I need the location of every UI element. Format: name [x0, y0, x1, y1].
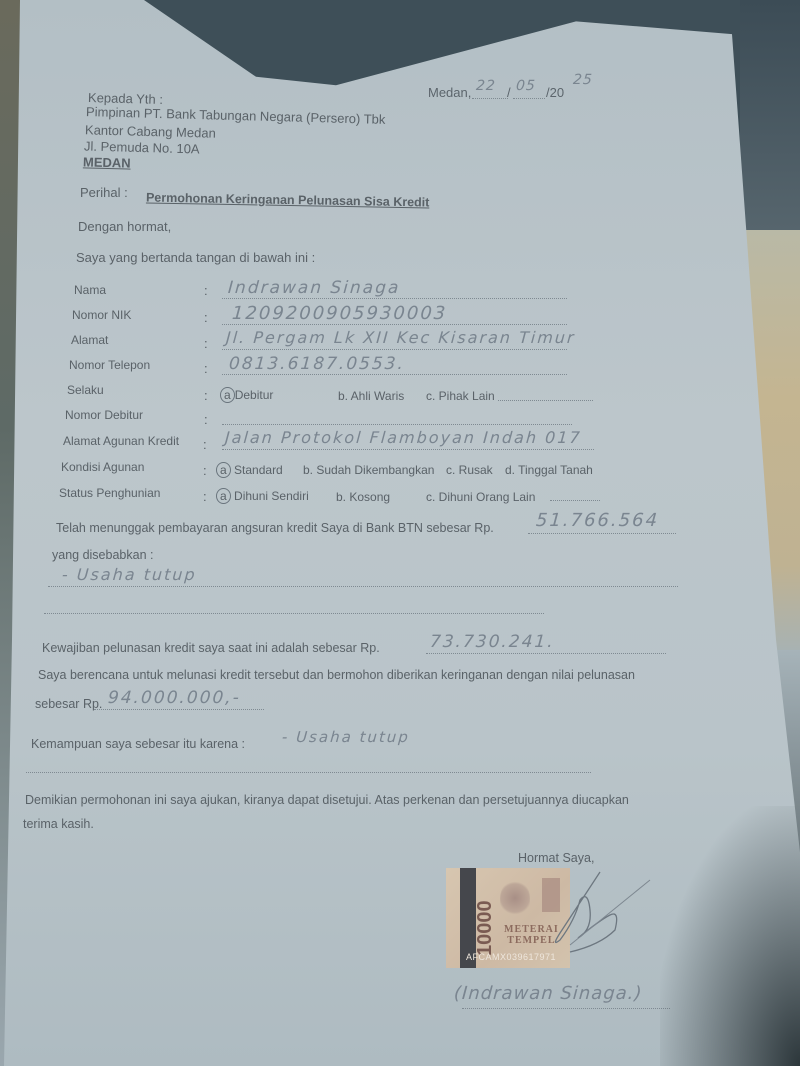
obligation-text: Kewajiban pelunasan kredit saya saat ini…: [42, 641, 380, 655]
ability-value: - Usaha tutup: [281, 728, 410, 746]
field-colon: :: [204, 361, 208, 376]
status-option-dihuni-sendiri[interactable]: a Dihuni Sendiri: [216, 488, 309, 504]
signature-name: (Indrawan Sinaga.): [453, 983, 643, 1004]
field-colon: :: [204, 336, 208, 351]
plan-amount: 94.000.000,-: [107, 688, 241, 708]
date-year-suffix: 25: [572, 72, 593, 88]
dihuni-orang-lain-line: [550, 500, 600, 501]
stamp-value: 10000: [474, 878, 494, 956]
status-option-kosong[interactable]: b. Kosong: [336, 490, 390, 504]
field-colon: :: [204, 412, 208, 427]
field-value-alamat-agunan: Jalan Protokol Flamboyan Indah 017: [224, 428, 582, 447]
document-paper: Medan, 22 / 05 /20 25 Kepada Yth : Pimpi…: [0, 0, 800, 1066]
selected-circle-icon: a: [220, 387, 235, 403]
ability-label: Kemampuan saya sebesar itu karena :: [31, 737, 245, 751]
obligation-amount: 73.730.241.: [429, 632, 555, 652]
selected-circle-icon: a: [216, 488, 231, 504]
field-line-nomor-debitur: [222, 424, 572, 425]
selaku-option-ahli-waris[interactable]: b. Ahli Waris: [338, 389, 404, 403]
selaku-option-pihak-lain[interactable]: c. Pihak Lain: [426, 389, 495, 403]
field-colon: :: [203, 463, 207, 478]
recipient-city: MEDAN: [83, 154, 131, 170]
field-label-telepon: Nomor Telepon: [69, 358, 150, 372]
signature-name-line: [462, 1008, 670, 1009]
date-day-line: [472, 98, 508, 99]
paper-speck: [328, 9, 338, 20]
kondisi-option-standard[interactable]: a Standard: [216, 462, 283, 478]
greeting: Dengan hormat,: [78, 219, 171, 234]
field-label-alamat-agunan: Alamat Agunan Kredit: [63, 434, 179, 448]
date-month-line: [513, 98, 545, 99]
date-year-prefix: /20: [546, 85, 564, 100]
kondisi-option-rusak[interactable]: c. Rusak: [446, 463, 493, 477]
field-value-nik: 1209200905930003: [231, 303, 448, 324]
field-line-nik: [222, 324, 567, 325]
field-value-telepon: 0813.6187.0553.: [228, 354, 405, 374]
selected-circle-icon: a: [216, 462, 231, 478]
field-label-nik: Nomor NIK: [72, 308, 131, 322]
recipient-line-4: Jl. Pemuda No. 10A: [84, 138, 200, 156]
ability-line: [26, 772, 591, 773]
kondisi-option-sudah-dikembangkan[interactable]: b. Sudah Dikembangkan: [303, 463, 434, 477]
field-value-nama: Indrawan Sinaga: [227, 278, 401, 298]
field-colon: :: [204, 388, 208, 403]
arrears-cause-value: - Usaha tutup: [61, 565, 197, 584]
shadow: [660, 806, 800, 1066]
status-option-dihuni-orang-lain[interactable]: c. Dihuni Orang Lain: [426, 490, 535, 504]
date-day: 22: [475, 78, 496, 94]
field-label-nomor-debitur: Nomor Debitur: [65, 408, 143, 422]
garuda-emblem-icon: [500, 880, 530, 916]
field-label-alamat: Alamat: [71, 333, 108, 347]
obligation-amount-line: [426, 653, 666, 654]
plan-text: Saya berencana untuk melunasi kredit ter…: [38, 668, 635, 682]
signature-scribble: [540, 870, 660, 960]
kondisi-option-tinggal-tanah[interactable]: d. Tinggal Tanah: [505, 463, 593, 477]
subject-label: Perihal :: [80, 185, 128, 200]
arrears-cause-line-1: [48, 586, 678, 587]
plan-amount-line: [94, 709, 264, 710]
date-prefix: Medan,: [428, 85, 471, 100]
field-line-telepon: [222, 374, 567, 375]
signature-salutation: Hormat Saya,: [518, 851, 594, 865]
date-separator: /: [507, 85, 511, 100]
arrears-amount: 51.766.564: [535, 510, 660, 531]
arrears-cause-line-2: [44, 613, 544, 614]
arrears-text: Telah menunggak pembayaran angsuran kred…: [56, 521, 494, 535]
closing-line-2: terima kasih.: [23, 817, 94, 831]
field-colon: :: [204, 283, 208, 298]
arrears-amount-line: [528, 533, 676, 534]
date-month: 05: [515, 78, 536, 94]
arrears-cause-label: yang disebabkan :: [52, 548, 153, 562]
field-line-nama: [222, 298, 567, 299]
field-colon: :: [204, 310, 208, 325]
field-line-alamat-agunan: [222, 449, 594, 450]
field-label-nama: Nama: [74, 283, 106, 297]
background-right-top: [740, 0, 800, 230]
closing-line-1: Demikian permohonan ini saya ajukan, kir…: [25, 793, 629, 807]
recipient-line-3: Kantor Cabang Medan: [85, 122, 216, 140]
field-colon: :: [203, 437, 207, 452]
field-value-alamat: Jl. Pergam Lk XII Kec Kisaran Timur: [225, 328, 576, 347]
field-label-kondisi-agunan: Kondisi Agunan: [61, 460, 144, 474]
subject-value: Permohonan Keringanan Pelunasan Sisa Kre…: [146, 191, 430, 210]
field-label-status-penghunian: Status Penghunian: [59, 486, 160, 500]
pihak-lain-line: [498, 400, 593, 401]
field-line-alamat: [222, 349, 567, 350]
field-label-selaku: Selaku: [67, 383, 104, 397]
field-colon: :: [203, 489, 207, 504]
plan-amount-label: sebesar Rp.: [35, 697, 102, 711]
intro-text: Saya yang bertanda tangan di bawah ini :: [76, 250, 315, 265]
selaku-option-debitur[interactable]: aDebitur: [220, 387, 273, 403]
